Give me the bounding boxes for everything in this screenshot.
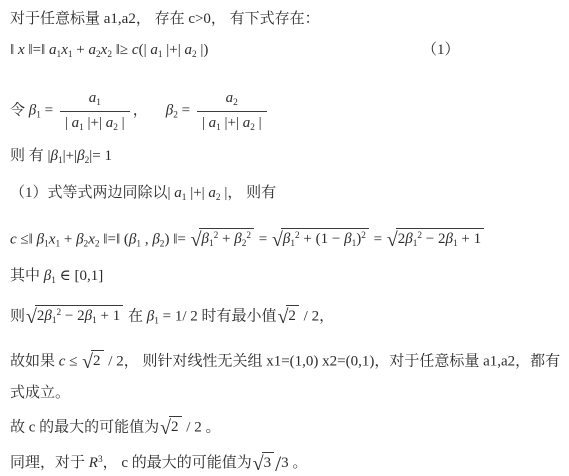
- sqrt-three: √3: [253, 452, 274, 476]
- conclusion-line-2: 式成立。: [10, 384, 70, 404]
- beta1-fraction: a1| a1 |+| a2 |: [60, 89, 130, 133]
- beta-range-line: 其中 β1 ∈ [0,1]: [10, 267, 103, 287]
- sqrt-beta-squares: √β12 + β22: [191, 228, 254, 254]
- document-page: 对于任意标量 a1,a2， 存在 c>0， 有下式存在： ‖ x ‖=‖ a1x…: [0, 0, 569, 476]
- intro-line: 对于任意标量 a1,a2， 存在 c>0， 有下式存在：: [10, 10, 320, 30]
- conclusion-line-1: 故如果 c ≤ √2 / 2， 则针对线性无关组 x1=(1,0) x2=(0,…: [10, 350, 569, 376]
- equation-1: ‖ x ‖=‖ a1x1 + a2x2 ‖≥ c(| a1 |+| a2 |): [10, 42, 208, 58]
- equation-number: （1）: [422, 41, 460, 61]
- divide-step-line: （1）式等式两边同除以| a1 |+| a2 |， 则有: [10, 184, 276, 204]
- sqrt-substituted: √β12 + (1 − β1)2: [272, 228, 369, 254]
- sqrt-two: √2: [278, 305, 299, 331]
- minimum-value-line: 则√2β12 − 2β1 + 1 在 β1 = 1/ 2 时有最小值√2 / 2…: [10, 305, 334, 331]
- r3-analogue-line: 同理，对于 R3， c 的最大的可能值为√3/3 。: [10, 450, 307, 476]
- sqrt-quadratic: √2β12 − 2β1 + 1: [387, 228, 484, 254]
- beta-sum-line: 则 有 |β1|+|β2|= 1: [10, 147, 112, 167]
- beta-definitions-line: 令 β1 = a1| a1 |+| a2 |，β2 = a2| a1 |+| a…: [10, 89, 270, 133]
- inequality-chain-line: c ≤‖ β1x1 + β2x2 ‖=‖ (β1 , β2) ‖= √β12 +…: [10, 228, 485, 254]
- sqrt-two: √2: [82, 350, 103, 376]
- intro-text: 对于任意标量 a1,a2， 存在 c>0， 有下式存在：: [10, 11, 320, 27]
- sqrt-two: √2: [160, 416, 181, 442]
- beta2-fraction: a2| a1 |+| a2 |: [197, 89, 267, 133]
- equation-1-line: ‖ x ‖=‖ a1x1 + a2x2 ‖≥ c(| a1 |+| a2 |) …: [10, 41, 208, 61]
- sqrt-quadratic: √2β12 − 2β1 + 1: [26, 305, 123, 331]
- max-value-line: 故 c 的最大的可能值为√2 / 2 。: [10, 416, 220, 442]
